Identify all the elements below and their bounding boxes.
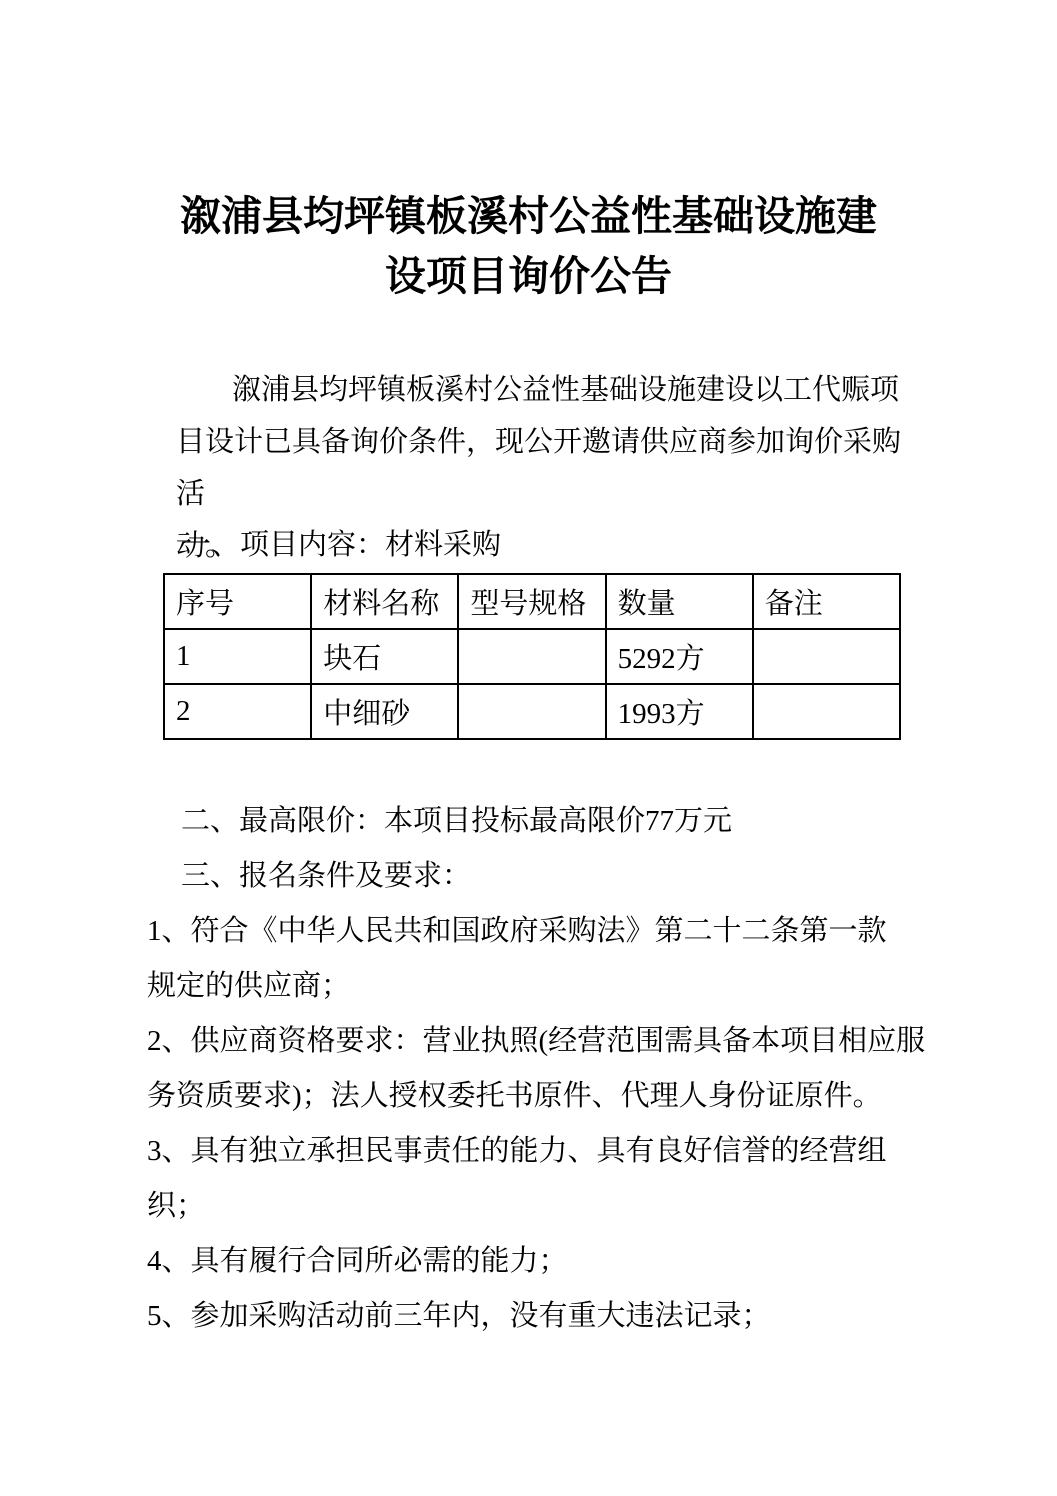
materials-table: 序号 材料名称 型号规格 数量 备注 1 块石 5292方 2 中细砂 1993…: [163, 573, 901, 740]
table-header-cell-spec: 型号规格: [458, 574, 605, 629]
document-title: 溆浦县均坪镇板溪村公益性基础设施建 设项目询价公告: [0, 186, 1057, 306]
materials-table-header-row: 序号 材料名称 型号规格 数量 备注: [164, 574, 900, 629]
document-page: 溆浦县均坪镇板溪村公益性基础设施建 设项目询价公告 溆浦县均坪镇板溪村公益性基础…: [0, 0, 1057, 1496]
requirement-3-line-1: 3、具有独立承担民事责任的能力、具有良好信誉的经营组: [0, 1124, 1057, 1179]
requirement-4-line-1: 4、具有履行合同所必需的能力；: [0, 1234, 1057, 1289]
section-one-heading: 一、项目内容：材料采购: [182, 521, 501, 569]
table-cell-remark: [753, 684, 900, 739]
section-two-heading: 二、最高限价：本项目投标最高限价77万元: [0, 794, 1057, 849]
table-cell-spec: [458, 684, 605, 739]
table-header-cell-quantity: 数量: [606, 574, 753, 629]
conditions-section: 二、最高限价：本项目投标最高限价77万元 三、报名条件及要求： 1、符合《中华人…: [0, 794, 1057, 1344]
document-title-line-2: 设项目询价公告: [0, 246, 1057, 306]
section-three-heading: 三、报名条件及要求：: [0, 849, 1057, 904]
requirement-3-line-2: 织；: [0, 1179, 1057, 1234]
document-title-line-1: 溆浦县均坪镇板溪村公益性基础设施建: [0, 186, 1057, 246]
table-row: 2 中细砂 1993方: [164, 684, 900, 739]
table-cell-quantity: 1993方: [606, 684, 753, 739]
intro-line-1: 溆浦县均坪镇板溪村公益性基础设施建设以工代赈项: [176, 364, 906, 416]
table-cell-seq: 2: [164, 684, 311, 739]
table-cell-spec: [458, 629, 605, 684]
table-cell-seq: 1: [164, 629, 311, 684]
table-cell-material: 块石: [311, 629, 458, 684]
table-header-cell-seq: 序号: [164, 574, 311, 629]
table-cell-material: 中细砂: [311, 684, 458, 739]
requirement-1-line-1: 1、符合《中华人民共和国政府采购法》第二十二条第一款: [0, 904, 1057, 959]
table-row: 1 块石 5292方: [164, 629, 900, 684]
table-header-cell-material: 材料名称: [311, 574, 458, 629]
requirement-2-line-1: 2、供应商资格要求：营业执照(经营范围需具备本项目相应服: [0, 1014, 1057, 1069]
table-cell-quantity: 5292方: [606, 629, 753, 684]
requirement-2-line-2: 务资质要求)；法人授权委托书原件、代理人身份证原件。: [0, 1069, 1057, 1124]
requirement-1-line-2: 规定的供应商；: [0, 959, 1057, 1014]
table-cell-remark: [753, 629, 900, 684]
intro-line-2: 目设计已具备询价条件，现公开邀请供应商参加询价采购活: [176, 416, 906, 520]
requirement-5-line-1: 5、参加采购活动前三年内，没有重大违法记录；: [0, 1289, 1057, 1344]
table-header-cell-remark: 备注: [753, 574, 900, 629]
